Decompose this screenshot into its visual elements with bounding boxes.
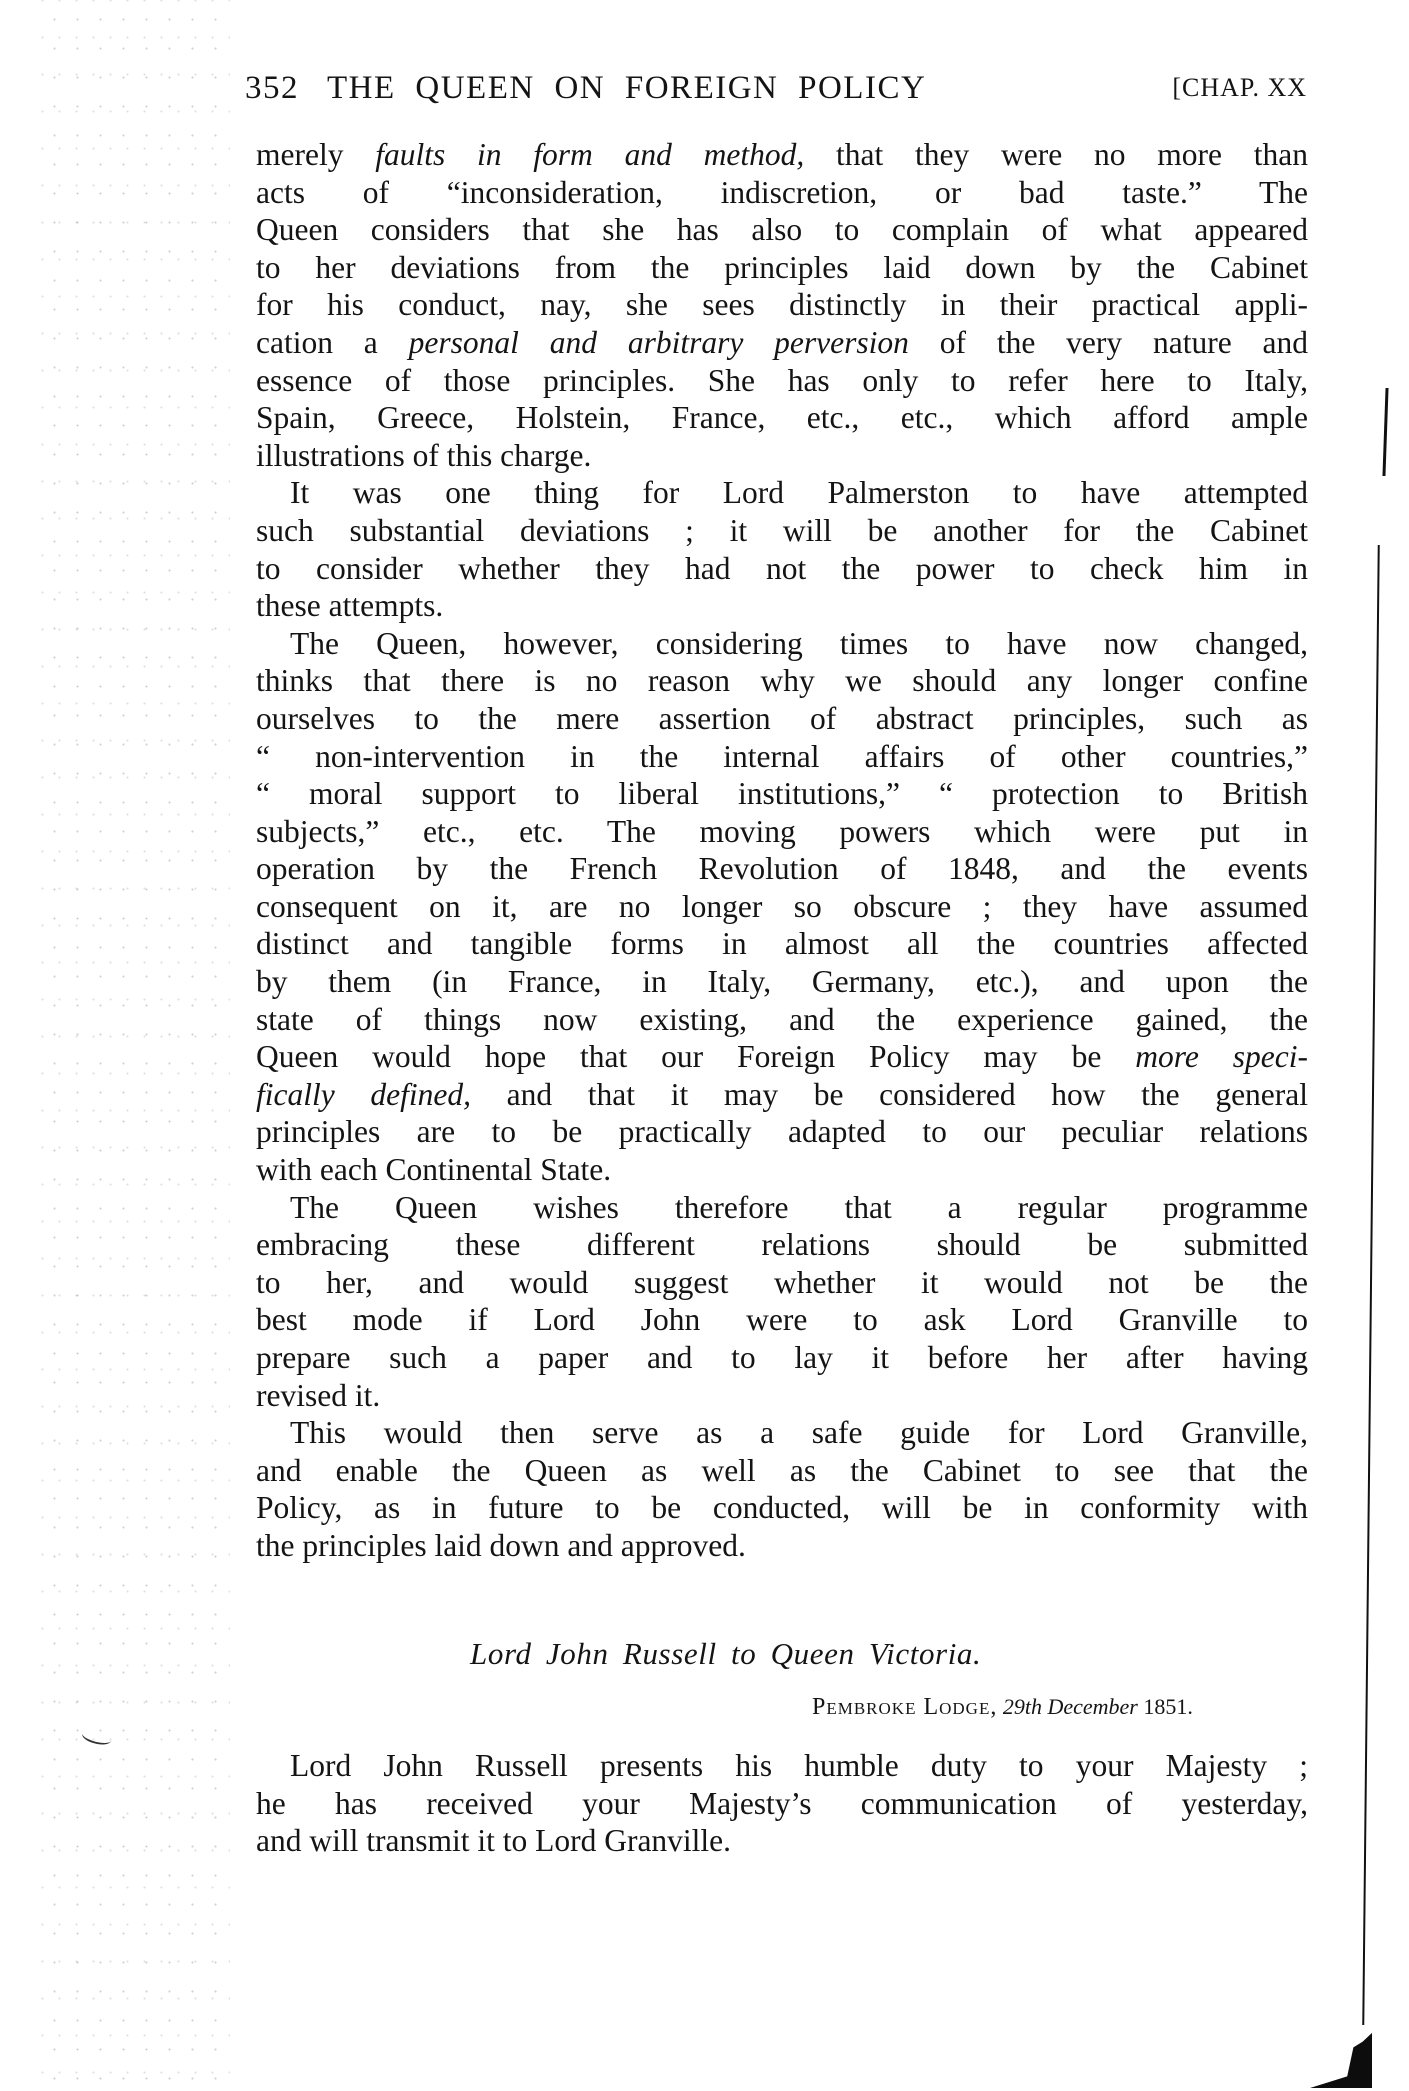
text-line: operation by the French Revolution of 18… xyxy=(256,850,1308,888)
text-line: Queen would hope that our Foreign Policy… xyxy=(256,1038,1308,1076)
text-line: ourselves to the mere assertion of abstr… xyxy=(256,700,1308,738)
text-line: cation a personal and arbitrary perversi… xyxy=(256,324,1308,362)
text-line: merely faults in form and method, that t… xyxy=(256,136,1308,174)
text-line: The Queen, however, considering times to… xyxy=(256,625,1308,663)
letter-body: Lord John Russell presents his humble du… xyxy=(256,1747,1308,1860)
text-line: Lord John Russell presents his humble du… xyxy=(256,1747,1308,1785)
text-line: distinct and tangible forms in almost al… xyxy=(256,925,1308,963)
text-line: embracing these different relations shou… xyxy=(256,1226,1308,1264)
text-line: these attempts. xyxy=(256,587,1308,625)
text-line: consequent on it, are no longer so obscu… xyxy=(256,888,1308,926)
dateline-month: December xyxy=(1047,1694,1137,1719)
text-line: revised it. xyxy=(256,1377,1308,1415)
text-line: with each Continental State. xyxy=(256,1151,1308,1189)
text-line: Queen considers that she has also to com… xyxy=(256,211,1308,249)
scan-edge-line xyxy=(1362,545,1379,2025)
text-line: and will transmit it to Lord Granville. xyxy=(256,1822,1308,1860)
text-line: Policy, as in future to be conducted, wi… xyxy=(256,1489,1308,1527)
text-line: fically defined, and that it may be cons… xyxy=(256,1076,1308,1114)
page-number: 352 xyxy=(245,68,299,108)
text-line: thinks that there is no reason why we sh… xyxy=(256,662,1308,700)
dateline-year: 1851. xyxy=(1143,1694,1193,1719)
text-line: subjects,” etc., etc. The moving powers … xyxy=(256,813,1308,851)
text-line: “ moral support to liberal institutions,… xyxy=(256,775,1308,813)
dateline-day: 29th xyxy=(1003,1694,1042,1719)
text-line: by them (in France, in Italy, Germany, e… xyxy=(256,963,1308,1001)
scan-edge-line xyxy=(1382,388,1388,476)
running-head: 352 THE QUEEN ON FOREIGN POLICY [CHAP. X… xyxy=(245,68,1307,108)
text-line: The Queen wishes therefore that a regula… xyxy=(256,1189,1308,1227)
text-line: It was one thing for Lord Palmerston to … xyxy=(256,474,1308,512)
body-text: merely faults in form and method, that t… xyxy=(256,136,1308,1565)
chapter-marker: [CHAP. XX xyxy=(1172,68,1307,108)
text-line: the principles laid down and approved. xyxy=(256,1527,1308,1565)
text-line: This would then serve as a safe guide fo… xyxy=(256,1414,1308,1452)
dateline-place: Pembroke Lodge, xyxy=(812,1694,997,1720)
text-line: prepare such a paper and to lay it befor… xyxy=(256,1339,1308,1377)
text-line: best mode if Lord John were to ask Lord … xyxy=(256,1301,1308,1339)
text-line: to consider whether they had not the pow… xyxy=(256,550,1308,588)
text-line: and enable the Queen as well as the Cabi… xyxy=(256,1452,1308,1490)
text-line: state of things now existing, and the ex… xyxy=(256,1001,1308,1039)
text-line: he has received your Majesty’s communica… xyxy=(256,1785,1308,1823)
letter-heading: Lord John Russell to Queen Victoria. xyxy=(470,1634,1070,1674)
text-line: essence of those principles. She has onl… xyxy=(256,362,1308,400)
text-line: acts of “inconsideration, indiscretion, … xyxy=(256,174,1308,212)
text-line: illustrations of this charge. xyxy=(256,437,1308,475)
scan-corner-shadow xyxy=(1310,2030,1372,2088)
letter-dateline: Pembroke Lodge, 29th December 1851. xyxy=(812,1692,1312,1722)
running-title: THE QUEEN ON FOREIGN POLICY xyxy=(327,68,1156,108)
book-page: 352 THE QUEEN ON FOREIGN POLICY [CHAP. X… xyxy=(0,0,1409,2091)
text-line: for his conduct, nay, she sees distinctl… xyxy=(256,286,1308,324)
text-line: Spain, Greece, Holstein, France, etc., e… xyxy=(256,399,1308,437)
text-line: “ non-intervention in the internal affai… xyxy=(256,738,1308,776)
text-line: to her, and would suggest whether it wou… xyxy=(256,1264,1308,1302)
scan-margin-noise xyxy=(40,0,230,2091)
text-line: principles are to be practically adapted… xyxy=(256,1113,1308,1151)
text-line: such substantial deviations ; it will be… xyxy=(256,512,1308,550)
text-line: to her deviations from the principles la… xyxy=(256,249,1308,287)
